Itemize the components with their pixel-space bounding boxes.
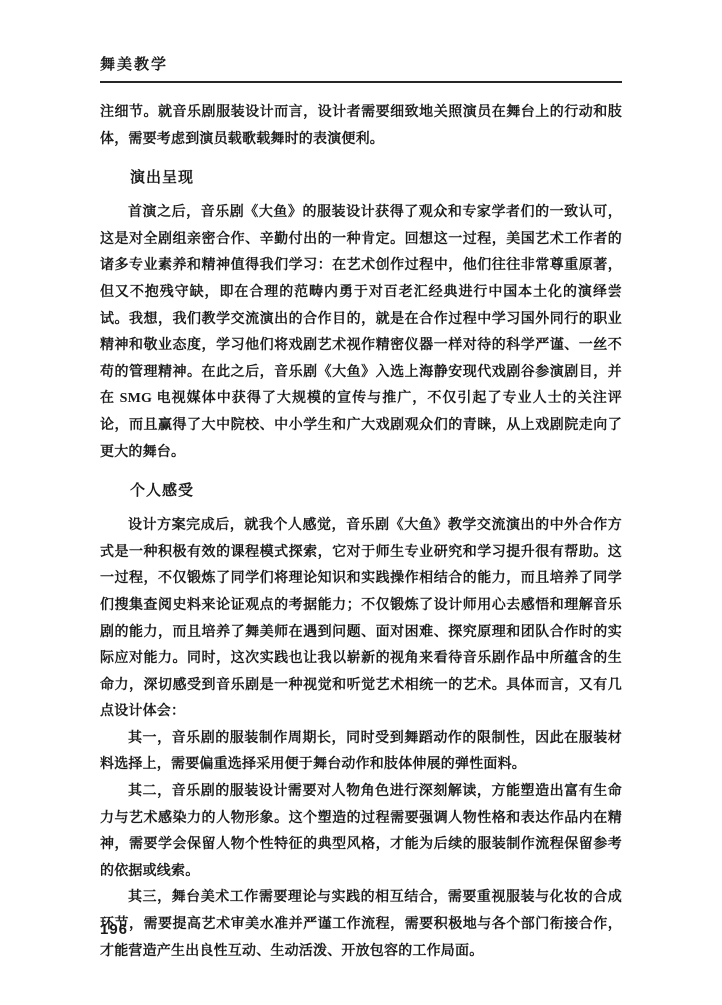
- section-heading-personal-impressions: 个人感受: [100, 481, 622, 501]
- paragraph: 其一，音乐剧的服装制作周期长，同时受到舞蹈动作的限制性，因此在服装材料选择上，需…: [100, 726, 622, 779]
- section-heading-performance: 演出呈现: [100, 168, 622, 188]
- paragraph: 首演之后，音乐剧《大鱼》的服装设计获得了观众和专家学者们的一致认可，这是对全剧组…: [100, 200, 622, 466]
- running-header-title: 舞美教学: [100, 56, 622, 74]
- paragraph: 其二，音乐剧的服装设计需要对人物角色进行深刻解读，方能塑造出富有生命力与艺术感染…: [100, 779, 622, 885]
- paragraph-continuation: 注细节。就音乐剧服装设计而言，设计者需要细致地关照演员在舞台上的行动和肢体，需要…: [100, 100, 622, 153]
- header-rule: [100, 81, 622, 83]
- page-content: 注细节。就音乐剧服装设计而言，设计者需要细致地关照演员在舞台上的行动和肢体，需要…: [100, 100, 622, 965]
- paragraph: 其三，舞台美术工作需要理论与实践的相互结合，需要重视服装与化妆的合成环节，需要提…: [100, 885, 622, 965]
- paragraph: 设计方案完成后，就我个人感觉，音乐剧《大鱼》教学交流演出的中外合作方式是一种积极…: [100, 513, 622, 726]
- page-number: 196: [100, 921, 128, 938]
- book-page: 舞美教学 注细节。就音乐剧服装设计而言，设计者需要细致地关照演员在舞台上的行动和…: [0, 0, 722, 1005]
- running-header: 舞美教学: [100, 56, 622, 83]
